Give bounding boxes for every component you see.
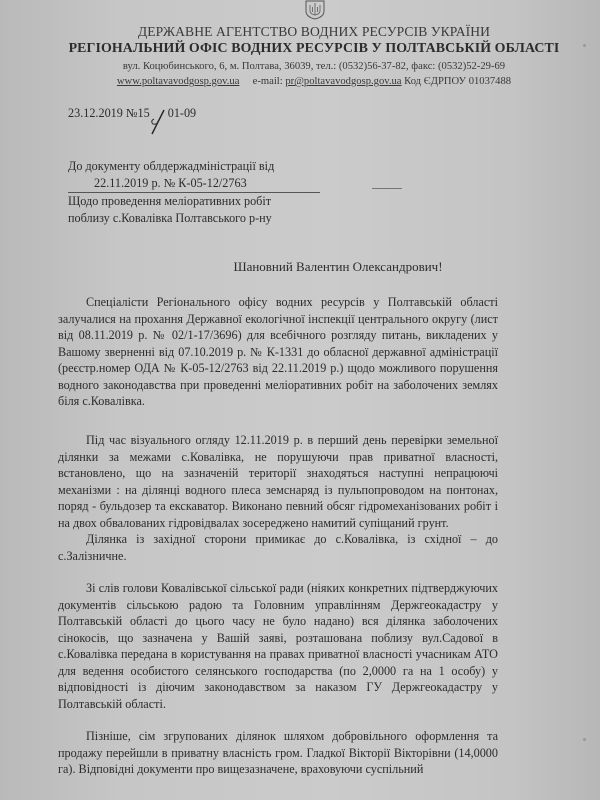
- paragraph-text: Зі слів голови Ковалівської сільської ра…: [58, 581, 498, 711]
- paragraph-text: Пізніше, сім згрупованих ділянок шляхом …: [58, 729, 498, 776]
- paragraph-2: Під час візуального огляду 12.11.2019 р.…: [58, 432, 498, 564]
- scanned-letter-page: ДЕРЖАВНЕ АГЕНТСТВО ВОДНИХ РЕСУРСІВ УКРАЇ…: [0, 0, 600, 800]
- address-line: вул. Коцюбинського, 6, м. Полтава, 36039…: [14, 61, 600, 72]
- paragraph-text: Під час візуального огляду 12.11.2019 р.…: [58, 433, 498, 530]
- paragraph-text: Ділянка із західної сторони примикає до …: [58, 532, 498, 563]
- subject-line-2: поблизу с.Ковалівка Полтавського р-ну: [68, 210, 298, 227]
- reference-date: 23.12.2019: [68, 106, 123, 120]
- subject-line-1: Щодо проведення меліоративних робіт: [68, 193, 298, 210]
- reference-number-suffix: 01-09: [168, 106, 196, 120]
- paragraph-1: Спеціалісти Регіонального офісу водних р…: [58, 294, 498, 410]
- paragraph-text: Спеціалісти Регіонального офісу водних р…: [58, 295, 498, 408]
- paragraph-4: Пізніше, сім згрупованих ділянок шляхом …: [58, 728, 498, 778]
- agency-name: ДЕРЖАВНЕ АГЕНТСТВО ВОДНИХ РЕСУРСІВ УКРАЇ…: [14, 24, 600, 40]
- edrpou-code: Код ЄДРПОУ 01037488: [404, 76, 511, 87]
- email-label: e-mail:: [253, 76, 283, 87]
- scan-speck: [583, 44, 586, 47]
- reference-number-prefix: №15: [126, 106, 150, 120]
- contacts-line: www.poltavavodgosp.gov.ua e-mail: pr@pol…: [14, 76, 600, 87]
- email-link[interactable]: pr@poltavavodgosp.gov.ua: [285, 76, 401, 87]
- margin-mark: [372, 188, 402, 189]
- addressee-block: До документу облдержадміністрації від 22…: [68, 158, 298, 227]
- addressee-line-2: 22.11.2019 р. № К-05-12/2763: [68, 175, 320, 193]
- website-link[interactable]: www.poltavavodgosp.gov.ua: [117, 76, 240, 87]
- coat-of-arms-icon: [304, 0, 326, 20]
- paragraph-3: Зі слів голови Ковалівської сільської ра…: [58, 580, 498, 712]
- office-name: РЕГІОНАЛЬНИЙ ОФІС ВОДНИХ РЕСУРСІВ У ПОЛТ…: [14, 41, 600, 57]
- addressee-line-1: До документу облдержадміністрації від: [68, 158, 298, 175]
- salutation: Шановний Валентин Олександрович!: [38, 259, 600, 275]
- scan-speck: [583, 738, 586, 741]
- outgoing-reference: 23.12.2019 №1501-09: [68, 106, 196, 121]
